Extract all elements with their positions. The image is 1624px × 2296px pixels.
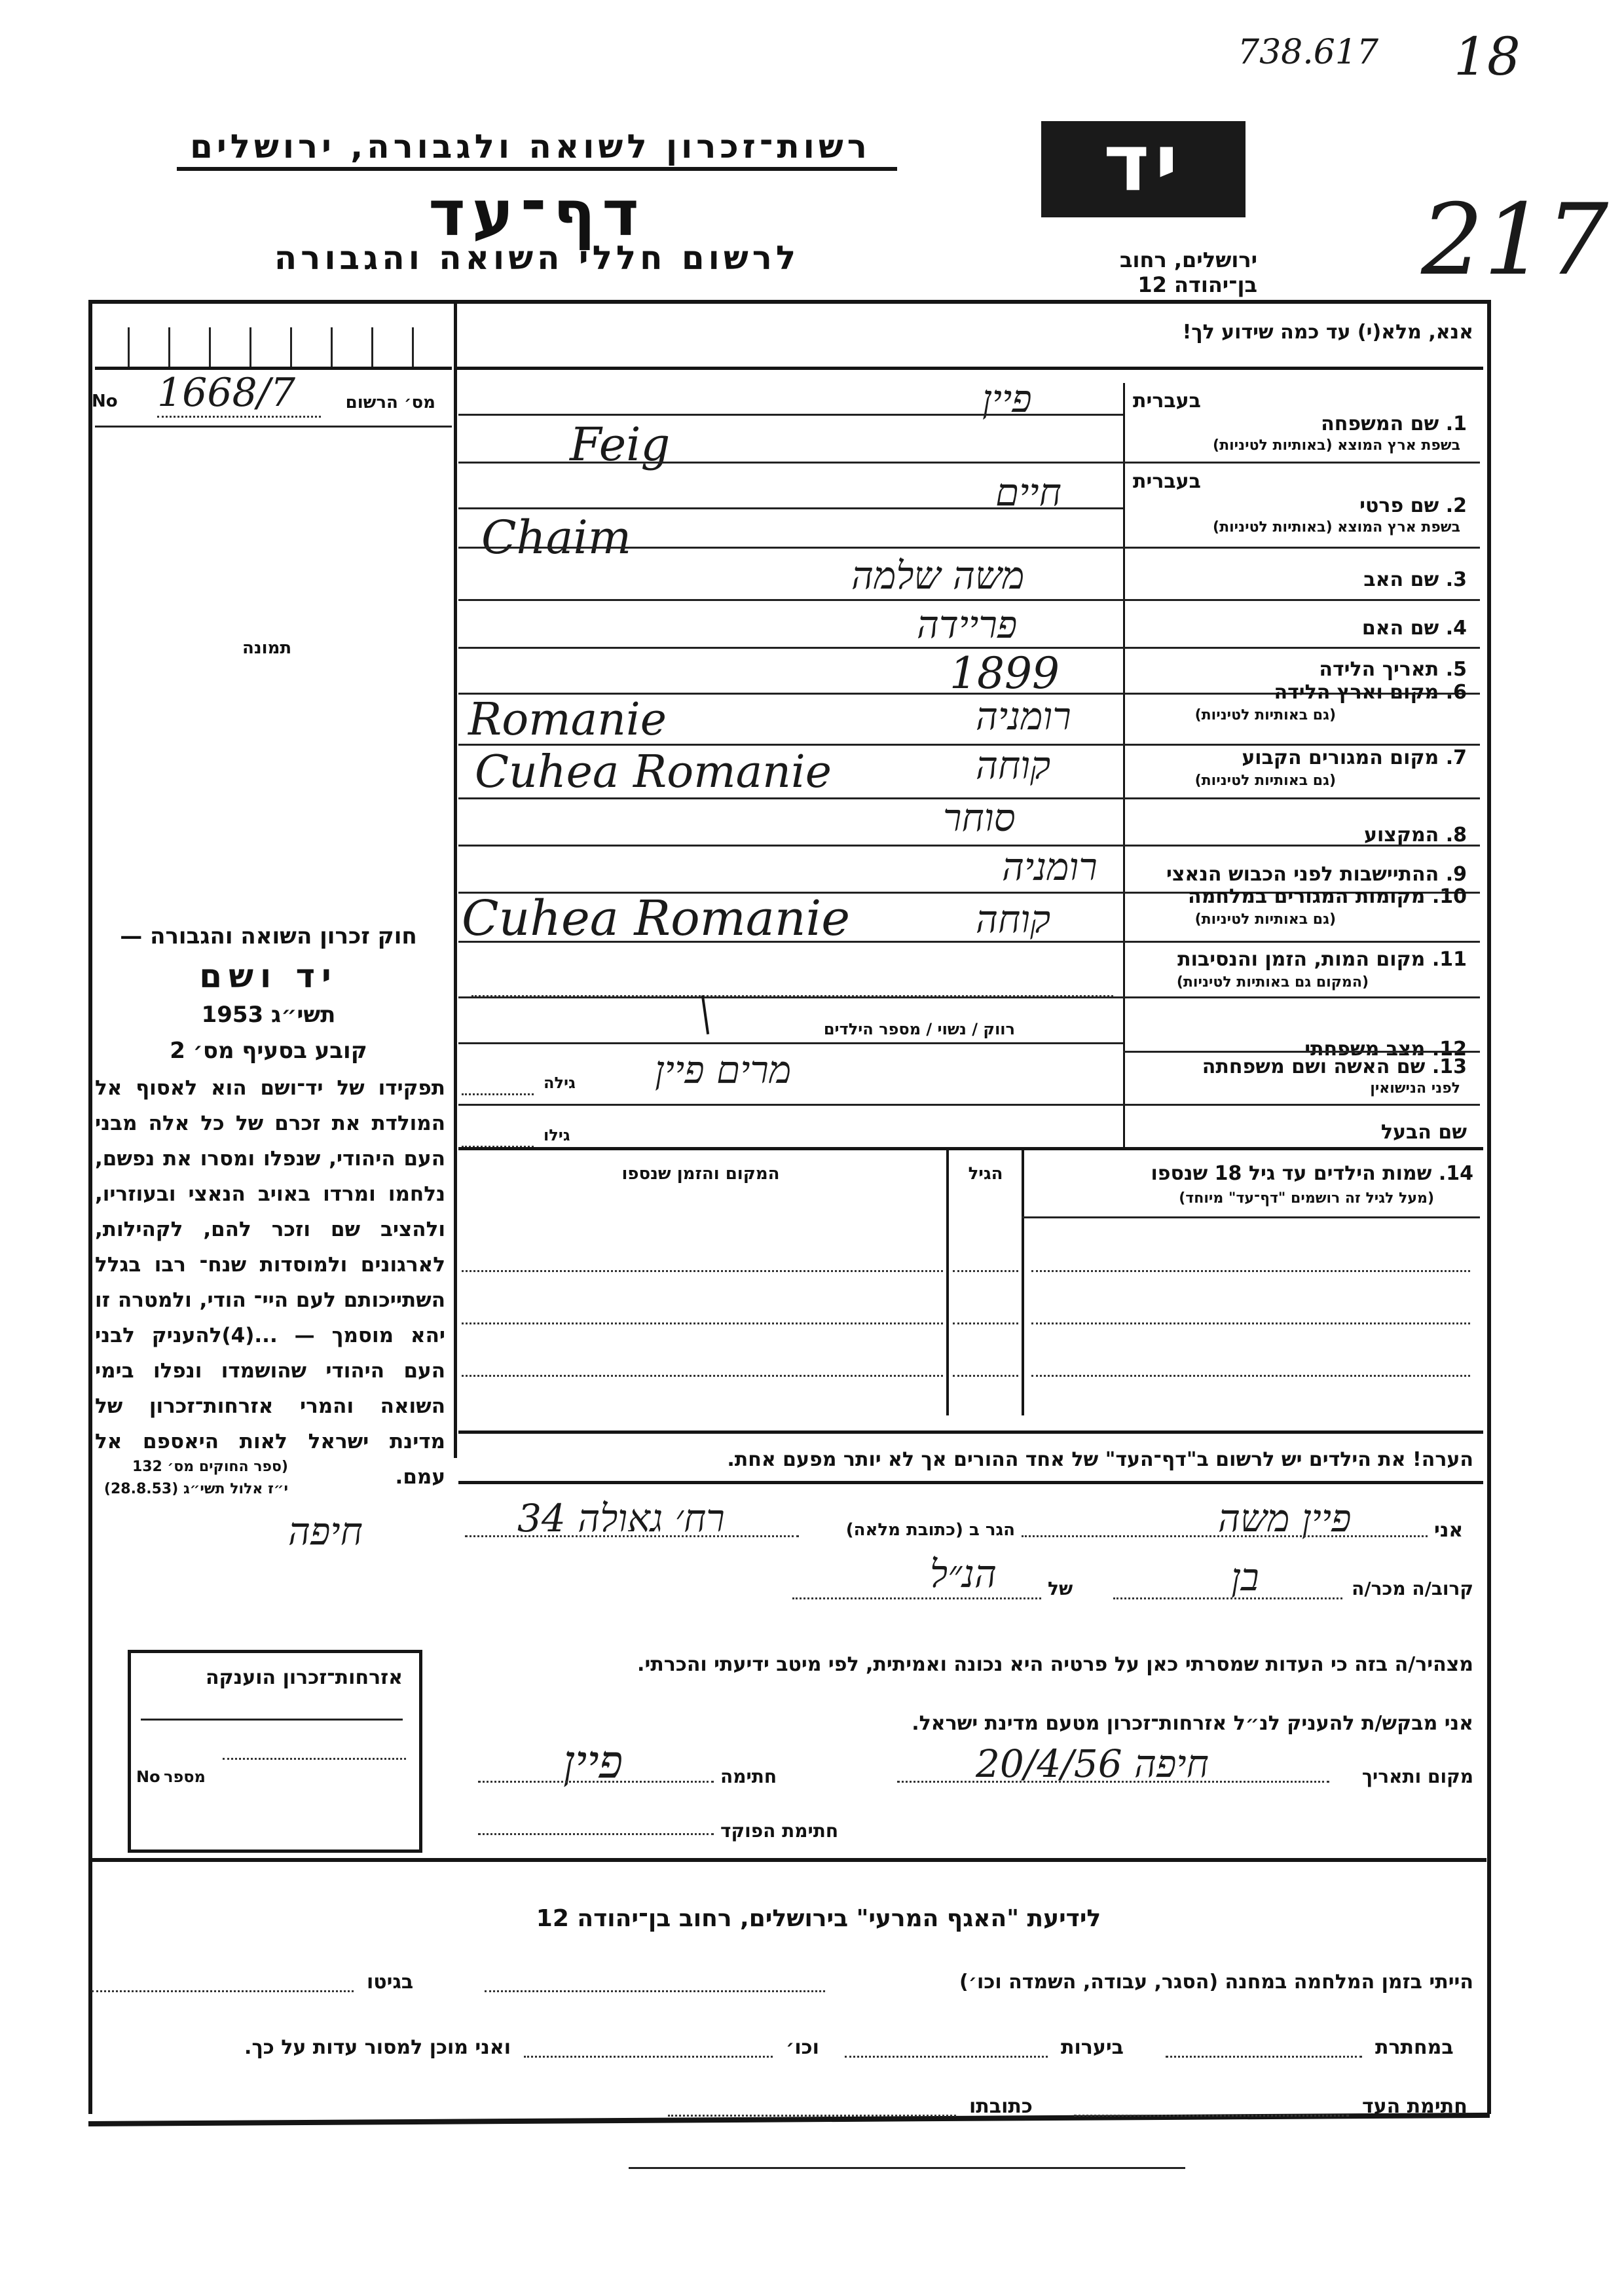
field-8-value[interactable]: סוחר	[943, 795, 1016, 840]
declaration-relation-field[interactable]: בן	[1231, 1555, 1259, 1599]
field-10-number: 10.	[1432, 885, 1467, 908]
declaration-relation-label: קרוב/ה מכר/ה	[1349, 1578, 1473, 1599]
page-bottom-mark	[629, 2167, 1185, 2169]
field-5-number: 5.	[1446, 658, 1467, 681]
field-12-rule-right	[1123, 1051, 1480, 1053]
declaration-address-line	[465, 1535, 799, 1537]
field-1-rule-mid	[458, 414, 1123, 416]
children-header-rule	[1022, 1216, 1480, 1218]
header-address: ירושלים, רחוב בן־יהודה 12	[1041, 247, 1257, 297]
law-source-1: (ספר החוקים מס׳ 132	[98, 1459, 288, 1475]
header-rule	[177, 167, 897, 171]
field-7-text: מקום המגורים הקבוע	[1242, 746, 1439, 769]
field-3-number: 3.	[1446, 568, 1467, 591]
official-signature-label: חתימת הפוקד	[720, 1820, 838, 1842]
field-5-value[interactable]: 1899	[950, 648, 1060, 699]
field-1-hebrew-tag: בעברית	[1133, 390, 1201, 412]
field-9-label: 9. ההתיישבות לפני הכבוש הנאצי	[1133, 863, 1467, 886]
husband-name-label: שם הבעל	[1244, 1121, 1467, 1144]
bottom-title: לידיעת "האגף המרעי" בירושלים, רחוב בן־יה…	[485, 1905, 1153, 1932]
declaration-statement: מצהיר/ה בזה כי העדות שמסרתי כאן על פרטיה…	[465, 1653, 1473, 1676]
field-6-sub: (גם באותיות לטיניות)	[1126, 707, 1336, 723]
citizenship-box-rule	[141, 1719, 403, 1721]
field-2-value-latin[interactable]: Chaim	[481, 511, 631, 564]
field-7-sub: (גם באותיות לטיניות)	[1126, 773, 1336, 789]
field-5-label: 5. תאריך הלידה	[1133, 658, 1467, 681]
field-1-rule	[458, 462, 1480, 464]
field-2-rule	[458, 547, 1480, 549]
declaration-residing-label: הגר ב (כתובת מלאה)	[805, 1520, 1015, 1540]
field-2-label: 2. שם פרטי	[1133, 494, 1467, 517]
registration-tick-box	[128, 327, 449, 367]
field-11-value[interactable]	[471, 969, 1113, 997]
children-row-1[interactable]	[1031, 1270, 1470, 1272]
citizenship-number-prefix: No	[136, 1768, 160, 1786]
field-13-number: 13.	[1432, 1055, 1467, 1078]
field-12-options[interactable]: רווק / נשוי / מספר הילדים	[655, 1020, 1015, 1038]
field-10-text: מקומות המגורים במלחמה	[1188, 885, 1425, 908]
bottom-line2-end: ואני מוכן למסור עדות על כך.	[92, 2036, 511, 2059]
note-text: הערה! את הילדים יש לרשום ב"דף־העד" של אח…	[465, 1448, 1473, 1471]
field-13-value[interactable]: מרים פיין	[655, 1048, 791, 1092]
organization-name: רשות־זכרון לשואה ולגבורה, ירושלים	[177, 128, 884, 166]
field-11-text: מקום המות, הזמן והנסיבות	[1177, 948, 1425, 971]
bottom-witness-signature-label: חתימת העד	[1362, 2095, 1467, 2118]
declaration-name-field[interactable]: פיין משה	[1218, 1496, 1351, 1540]
bottom-line1-field[interactable]	[485, 1990, 825, 1992]
children-row-3-place[interactable]	[462, 1375, 943, 1377]
children-col-divider-2	[946, 1147, 949, 1415]
law-text: תפקידו של יד־ושם הוא לאסוף אל המולדת את …	[95, 1070, 445, 1495]
children-text: שמות הילדים עד גיל 18 שנספו	[1151, 1162, 1431, 1185]
field-4-value[interactable]: פריידה	[917, 602, 1017, 647]
bottom-line1-label: הייתי בזמן המלחמה במחנה (הסגר, עבודה, הש…	[838, 1971, 1473, 1994]
page-ref-annotation: 217	[1421, 183, 1608, 297]
law-title: חוק זכרון השואה והגבורה —	[98, 923, 439, 949]
field-10-rule	[458, 941, 1480, 943]
declaration-of-line	[792, 1597, 1041, 1599]
bottom-address-field[interactable]	[668, 2115, 956, 2117]
registration-label: מס׳ הרשום	[337, 393, 435, 412]
place-date-label: מקום ותאריך	[1342, 1766, 1473, 1787]
field-7-value-hebrew[interactable]: קוחה	[976, 743, 1050, 788]
field-11-sub: (המקום גם באותיות לטיניות)	[1126, 974, 1369, 991]
field-12-rule	[458, 1042, 1123, 1044]
field-9-text: ההתיישבות לפני הכבוש הנאצי	[1166, 863, 1439, 886]
field-2-sub: בשפת ארץ המוצא (באותיות לטיניות)	[1126, 519, 1460, 536]
children-row-2-place[interactable]	[462, 1322, 943, 1324]
husband-rule	[458, 1147, 1483, 1150]
field-10-sub: (גם באותיות לטיניות)	[1126, 911, 1336, 928]
children-number: 14.	[1439, 1162, 1473, 1185]
field-1-number: 1.	[1446, 412, 1467, 435]
field-1-text: שם המשפחה	[1321, 412, 1439, 435]
registration-number-field[interactable]: 1668/7	[157, 370, 321, 418]
law-year: תשי״ג 1953	[98, 1002, 439, 1028]
field-6-value-hebrew[interactable]: רומניה	[976, 694, 1071, 738]
registration-rule-bottom	[95, 426, 452, 428]
field-8-rule	[458, 845, 1480, 847]
field-10-value-hebrew[interactable]: קוחה	[976, 897, 1050, 941]
declaration-city[interactable]: חיפה	[288, 1509, 363, 1554]
bottom-line1-ghetto-field[interactable]	[92, 1990, 354, 1992]
place-date-field[interactable]: חיפה 20/4/56	[976, 1741, 1209, 1786]
declaration-of-label: של	[1048, 1578, 1073, 1599]
form-subtitle: לרשום חללי השואה והגבורה	[177, 239, 897, 277]
children-col-age: הגיל	[953, 1164, 1018, 1184]
children-row-1-age[interactable]	[953, 1270, 1018, 1272]
intro-instruction: אנא, מלא(י) עד כמה שידוע לך!	[1048, 321, 1473, 344]
field-2-text: שם פרטי	[1359, 494, 1439, 517]
field-13-age-label: גילה	[544, 1074, 576, 1092]
field-11-label: 11. מקום המות, הזמן והנסיבות	[1133, 948, 1467, 971]
field-7-value-latin[interactable]: Cuhea Romanie	[475, 746, 832, 798]
field-6-label: 6. מקום וארץ הלידה	[1133, 681, 1467, 704]
bottom-line2-forests-field[interactable]	[845, 2056, 1048, 2058]
declaration-relation-line	[1113, 1597, 1342, 1599]
field-13-text: שם האשה ושם משפחתה	[1202, 1055, 1426, 1078]
field-5-text: תאריך הלידה	[1319, 658, 1439, 681]
children-col-divider-1	[1022, 1147, 1024, 1415]
field-11-number: 11.	[1432, 948, 1467, 971]
field-9-value[interactable]: רומניה	[1002, 845, 1098, 889]
field-2-number: 2.	[1446, 494, 1467, 517]
corner-mark-annotation: 18	[1454, 26, 1521, 87]
children-col-place: המקום והזמן שנספו	[458, 1164, 943, 1184]
field-6-value-latin[interactable]: Romanie	[468, 694, 667, 746]
field-8-label: 8. המקצוע	[1133, 824, 1467, 847]
archive-number-annotation: 738.617	[1238, 33, 1378, 72]
children-row-3[interactable]	[1031, 1375, 1470, 1377]
field-8-text: המקצוע	[1364, 824, 1439, 847]
bottom-address-label: כתובתו	[969, 2095, 1033, 2118]
children-sub: (מעל לגיל זה רושמים "דף־עד" מיוחד)	[1028, 1190, 1434, 1207]
photo-label: תמונה	[242, 638, 291, 658]
husband-name-field[interactable]	[576, 1126, 1113, 1146]
citizenship-number-field[interactable]	[223, 1758, 406, 1760]
citizenship-box-title: אזרחות־זכרון הוענקה	[141, 1666, 403, 1689]
registration-prefix: No	[92, 392, 118, 411]
field-7-number: 7.	[1446, 746, 1467, 769]
bottom-witness-signature-field[interactable]	[1074, 2115, 1349, 2117]
citizenship-number-label: מספר	[164, 1768, 206, 1786]
official-signature-field[interactable]	[478, 1833, 714, 1835]
field-10-label: 10. מקומות המגורים במלחמה	[1133, 885, 1467, 908]
bottom-line2-etc: וכו׳	[786, 2036, 819, 2059]
field-2-rule-mid	[458, 507, 1123, 509]
field-6-rule	[458, 744, 1480, 746]
declaration-address-field[interactable]: רח׳ גאולה 34	[517, 1496, 725, 1540]
field-13-sub: לפני הנישואין	[1126, 1080, 1460, 1097]
declaration-request: אני מבקש/ת להעניק לנ״ל אזרחות־זכרון מטעם…	[720, 1712, 1473, 1735]
field-4-number: 4.	[1446, 617, 1467, 640]
bottom-line1-in: בגיטו	[367, 1971, 413, 1994]
field-6-text: מקום וארץ הלידה	[1274, 681, 1439, 704]
field-7-label: 7. מקום המגורים הקבוע	[1133, 746, 1467, 769]
intro-rule	[454, 367, 1483, 370]
field-4-label: 4. שם האם	[1133, 617, 1467, 640]
left-column-divider	[454, 302, 457, 1458]
law-source-2: י״ז אלול תשי״ג (28.8.53)	[98, 1481, 288, 1497]
bottom-line2-underground: במחתרת	[1375, 2036, 1454, 2059]
field-3-text: שם האב	[1363, 568, 1439, 591]
field-1-label: 1. שם המשפחה	[1133, 412, 1467, 435]
children-row-3-age[interactable]	[953, 1375, 1018, 1377]
signature-line	[478, 1781, 714, 1783]
children-row-2-age[interactable]	[953, 1322, 1018, 1324]
law-clause: קובע בסעיף מס׳ 2	[98, 1038, 439, 1064]
children-row-1-place[interactable]	[462, 1270, 943, 1272]
label-column-divider	[1123, 383, 1125, 1149]
field-13-rule	[458, 1104, 1480, 1106]
field-8-number: 8.	[1446, 824, 1467, 847]
field-3-value[interactable]: משה שלמה	[851, 553, 1024, 598]
field-2-hebrew-tag: בעברית	[1133, 470, 1201, 493]
field-6-number: 6.	[1446, 681, 1467, 704]
declaration-i-label: אני	[1434, 1519, 1463, 1542]
note-rule	[458, 1481, 1483, 1484]
field-1-sub: בשפת ארץ המוצא (באותיות לטיניות)	[1126, 437, 1460, 454]
bottom-line2-etc-field[interactable]	[524, 2056, 773, 2058]
signature-label: חתימה	[720, 1766, 777, 1787]
field-3-label: 3. שם האב	[1133, 568, 1467, 591]
yad-vashem-logo: יד ושם	[1041, 121, 1246, 217]
declaration-name-line	[1022, 1535, 1428, 1537]
place-date-line	[897, 1781, 1329, 1783]
husband-age-label: גילו	[544, 1126, 570, 1144]
law-name: יד ושם	[98, 957, 439, 995]
children-bottom-rule	[458, 1430, 1483, 1434]
field-11-rule	[458, 996, 1480, 998]
bottom-line2-forests: ביערות	[1061, 2036, 1124, 2059]
field-13-label: 13. שם האשה ושם משפחתה	[1133, 1055, 1467, 1078]
declaration-of-field[interactable]: הנ״ל	[930, 1552, 997, 1596]
children-label: 14. שמות הילדים עד גיל 18 שנספו	[1028, 1162, 1473, 1185]
field-13-age-field[interactable]	[462, 1087, 534, 1095]
declaration-bottom-rule	[88, 1858, 1486, 1862]
field-9-number: 9.	[1446, 863, 1467, 886]
field-3-rule	[458, 599, 1480, 601]
field-4-text: שם האם	[1362, 617, 1439, 640]
children-row-2[interactable]	[1031, 1322, 1470, 1324]
field-10-value-latin[interactable]: Cuhea Romanie	[462, 890, 850, 947]
bottom-line2-underground-field[interactable]	[1166, 2056, 1362, 2058]
